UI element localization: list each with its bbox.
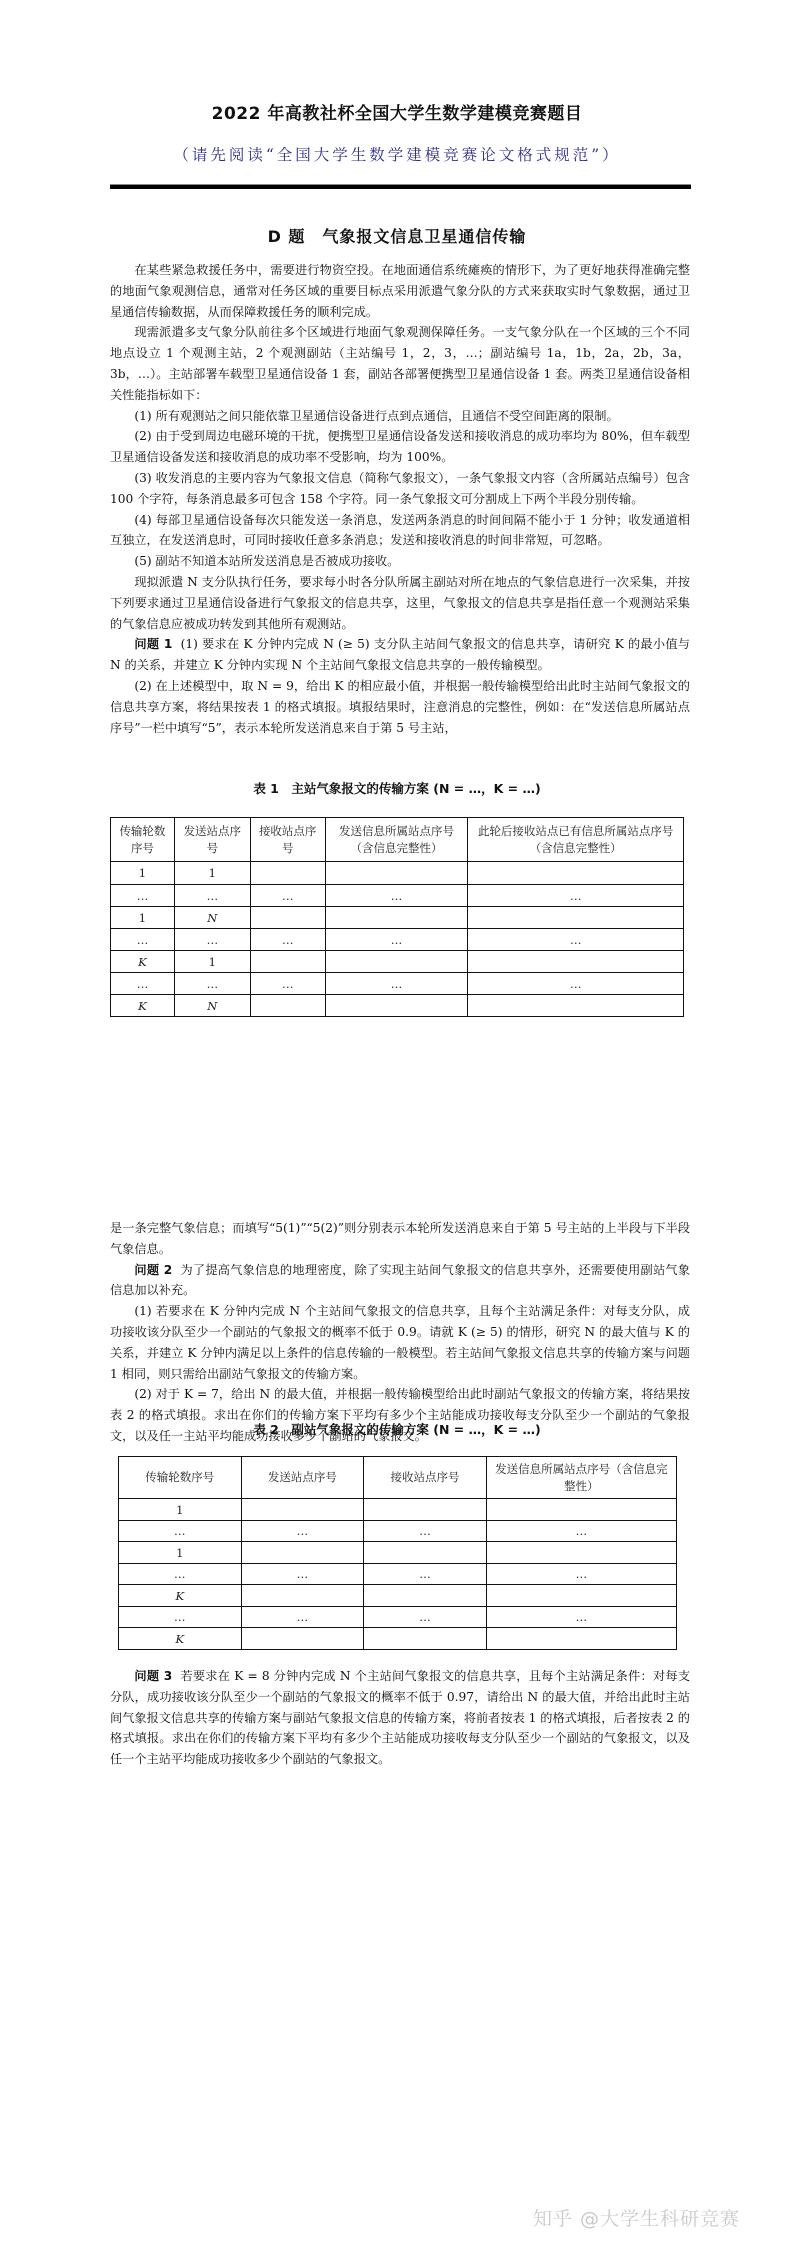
- table-cell: [364, 1499, 487, 1521]
- problem-title: D 题 气象报文信息卫星通信传输: [0, 224, 794, 247]
- table-cell: [241, 1628, 364, 1650]
- table-cell: …: [468, 885, 684, 907]
- title-divider: [110, 184, 691, 189]
- table-row: 1N: [111, 907, 684, 929]
- table-2-header-cell: 发送信息所属站点序号（含信息完整性）: [486, 1457, 676, 1499]
- table-cell: 1: [174, 951, 250, 973]
- table-cell: …: [119, 1564, 242, 1585]
- table-row: …………: [119, 1521, 677, 1542]
- question-1-continued: 是一条完整气象信息；而填写“5(1)”“5(2)”则分别表示本轮所发送消息来自于…: [110, 1218, 690, 1260]
- table-row: 1: [119, 1499, 677, 1521]
- spec-item-2: (2) 由于受到周边电磁环境的干扰，便携型卫星通信设备发送和接收消息的成功率均为…: [110, 426, 690, 468]
- table-cell: [250, 907, 325, 929]
- table-row: K: [119, 1585, 677, 1607]
- table-cell: …: [250, 973, 325, 995]
- table-1-header-row: 传输轮数序号 发送站点序号 接收站点序号 发送信息所属站点序号（含信息完整性） …: [111, 818, 684, 862]
- page-2-section: 是一条完整气象信息；而填写“5(1)”“5(2)”则分别表示本轮所发送消息来自于…: [110, 1218, 690, 1447]
- question-2-label: 问题 2: [134, 1263, 172, 1277]
- table-cell: [250, 951, 325, 973]
- table-1-caption: 表 1 主站气象报文的传输方案 (N = …，K = …): [0, 779, 794, 797]
- table-cell: [250, 862, 325, 885]
- question-2-intro: 问题 2 为了提高气象信息的地理密度，除了实现主站间气象报文的信息共享外，还需要…: [110, 1260, 690, 1302]
- table-cell: [486, 1628, 676, 1650]
- question-2-part-1: (1) 若要求在 K 分钟内完成 N 个主站间气象报文的信息共享，且每个主站满足…: [110, 1301, 690, 1384]
- table-cell: …: [486, 1521, 676, 1542]
- table-2-header-cell: 发送站点序号: [241, 1457, 364, 1499]
- table-cell: [468, 862, 684, 885]
- table-row: KN: [111, 995, 684, 1017]
- table-cell: [364, 1628, 487, 1650]
- table-cell: …: [241, 1607, 364, 1628]
- question-1-part-1: 问题 1 (1) 要求在 K 分钟内完成 N (≥ 5) 支分队主站间气象报文的…: [110, 634, 690, 676]
- table-cell: …: [174, 973, 250, 995]
- table-cell: …: [111, 929, 175, 951]
- table-cell: …: [468, 929, 684, 951]
- table-cell: [325, 995, 468, 1017]
- question-1-part-1-text: (1) 要求在 K 分钟内完成 N (≥ 5) 支分队主站间气象报文的信息共享，…: [110, 637, 690, 672]
- table-1: 传输轮数序号 发送站点序号 接收站点序号 发送信息所属站点序号（含信息完整性） …: [110, 817, 684, 1017]
- table-cell: …: [325, 973, 468, 995]
- table-cell: [325, 907, 468, 929]
- intro-paragraph-2: 现需派遣多支气象分队前往多个区域进行地面气象观测保障任务。一支气象分队在一个区域…: [110, 322, 690, 405]
- spec-item-1: (1) 所有观测站之间只能依靠卫星通信设备进行点到点通信，且通信不受空间距离的限…: [110, 406, 690, 427]
- table-cell: …: [174, 929, 250, 951]
- table-row: …………: [119, 1607, 677, 1628]
- intro-section: 在某些紧急救援任务中，需要进行物资空投。在地面通信系统瘫痪的情形下，为了更好地获…: [110, 260, 690, 738]
- question-1-part-2: (2) 在上述模型中，取 N = 9，给出 K 的相应最小值，并根据一般传输模型…: [110, 676, 690, 738]
- table-cell: K: [111, 951, 175, 973]
- table-cell: [486, 1499, 676, 1521]
- table-cell: …: [364, 1521, 487, 1542]
- table-cell: …: [250, 929, 325, 951]
- spec-item-5: (5) 副站不知道本站所发送消息是否被成功接收。: [110, 551, 690, 572]
- table-2: 传输轮数序号 发送站点序号 接收站点序号 发送信息所属站点序号（含信息完整性） …: [118, 1456, 677, 1650]
- question-2-intro-text: 为了提高气象信息的地理密度，除了实现主站间气象报文的信息共享外，还需要使用副站气…: [110, 1263, 690, 1298]
- subtitle: （请先阅读“全国大学生数学建模竞赛论文格式规范”）: [0, 143, 794, 165]
- table-cell: …: [241, 1564, 364, 1585]
- table-cell: …: [364, 1564, 487, 1585]
- table-row: ……………: [111, 929, 684, 951]
- table-cell: [468, 995, 684, 1017]
- table-cell: [250, 995, 325, 1017]
- table-cell: …: [111, 973, 175, 995]
- table-row: 11: [111, 862, 684, 885]
- table-cell: [486, 1542, 676, 1564]
- page-title: 2022 年高教社杯全国大学生数学建模竞赛题目: [0, 99, 794, 124]
- table-cell: [364, 1585, 487, 1607]
- table-1-header-cell: 发送站点序号: [174, 818, 250, 862]
- table-cell: …: [250, 885, 325, 907]
- table-cell: …: [468, 973, 684, 995]
- spec-item-4: (4) 每部卫星通信设备每次只能发送一条消息，发送两条消息的时间间隔不能小于 1…: [110, 510, 690, 552]
- table-row: ……………: [111, 973, 684, 995]
- table-1-header-cell: 传输轮数序号: [111, 818, 175, 862]
- table-cell: [325, 951, 468, 973]
- question-3-section: 问题 3 若要求在 K = 8 分钟内完成 N 个主站间气象报文的信息共享，且每…: [110, 1666, 690, 1770]
- table-cell: [241, 1499, 364, 1521]
- table-cell: 1: [119, 1542, 242, 1564]
- table-2-header-cell: 传输轮数序号: [119, 1457, 242, 1499]
- intro-paragraph-1: 在某些紧急救援任务中，需要进行物资空投。在地面通信系统瘫痪的情形下，为了更好地获…: [110, 260, 690, 322]
- table-2-header-row: 传输轮数序号 发送站点序号 接收站点序号 发送信息所属站点序号（含信息完整性）: [119, 1457, 677, 1499]
- table-cell: K: [119, 1628, 242, 1650]
- table-cell: [241, 1585, 364, 1607]
- table-cell: [325, 862, 468, 885]
- table-row: ……………: [111, 885, 684, 907]
- table-2-caption: 表 2 副站气象报文的传输方案 (N = …，K = …): [0, 1420, 794, 1438]
- table-2-header-cell: 接收站点序号: [364, 1457, 487, 1499]
- question-1-label: 问题 1: [134, 637, 172, 651]
- table-cell: …: [364, 1607, 487, 1628]
- spec-item-3: (3) 收发消息的主要内容为气象报文信息（简称气象报文），一条气象报文内容（含所…: [110, 468, 690, 510]
- table-cell: …: [241, 1521, 364, 1542]
- table-cell: …: [325, 885, 468, 907]
- table-1-header-cell: 发送信息所属站点序号（含信息完整性）: [325, 818, 468, 862]
- table-cell: 1: [119, 1499, 242, 1521]
- table-cell: …: [174, 885, 250, 907]
- table-cell: …: [486, 1564, 676, 1585]
- question-3-text: 若要求在 K = 8 分钟内完成 N 个主站间气象报文的信息共享，且每个主站满足…: [110, 1669, 690, 1766]
- table-1-header-cell: 接收站点序号: [250, 818, 325, 862]
- table-cell: N: [174, 907, 250, 929]
- table-cell: [364, 1542, 487, 1564]
- table-cell: …: [111, 885, 175, 907]
- table-cell: 1: [111, 862, 175, 885]
- table-cell: 1: [174, 862, 250, 885]
- table-cell: [241, 1542, 364, 1564]
- table-row: K: [119, 1628, 677, 1650]
- table-cell: K: [119, 1585, 242, 1607]
- table-cell: 1: [111, 907, 175, 929]
- table-cell: [468, 907, 684, 929]
- table-row: K1: [111, 951, 684, 973]
- table-cell: [486, 1585, 676, 1607]
- watermark: 知乎 @大学生科研竞赛: [533, 2204, 740, 2231]
- question-3: 问题 3 若要求在 K = 8 分钟内完成 N 个主站间气象报文的信息共享，且每…: [110, 1666, 690, 1770]
- table-cell: …: [119, 1521, 242, 1542]
- intro-paragraph-3: 现拟派遣 N 支分队执行任务，要求每小时各分队所属主副站对所在地点的气象信息进行…: [110, 572, 690, 634]
- table-cell: N: [174, 995, 250, 1017]
- table-row: 1: [119, 1542, 677, 1564]
- table-cell: [468, 951, 684, 973]
- question-3-label: 问题 3: [134, 1669, 172, 1683]
- table-cell: K: [111, 995, 175, 1017]
- table-cell: …: [325, 929, 468, 951]
- table-cell: …: [119, 1607, 242, 1628]
- table-1-header-cell: 此轮后接收站点已有信息所属站点序号（含信息完整性）: [468, 818, 684, 862]
- table-cell: …: [486, 1607, 676, 1628]
- table-row: …………: [119, 1564, 677, 1585]
